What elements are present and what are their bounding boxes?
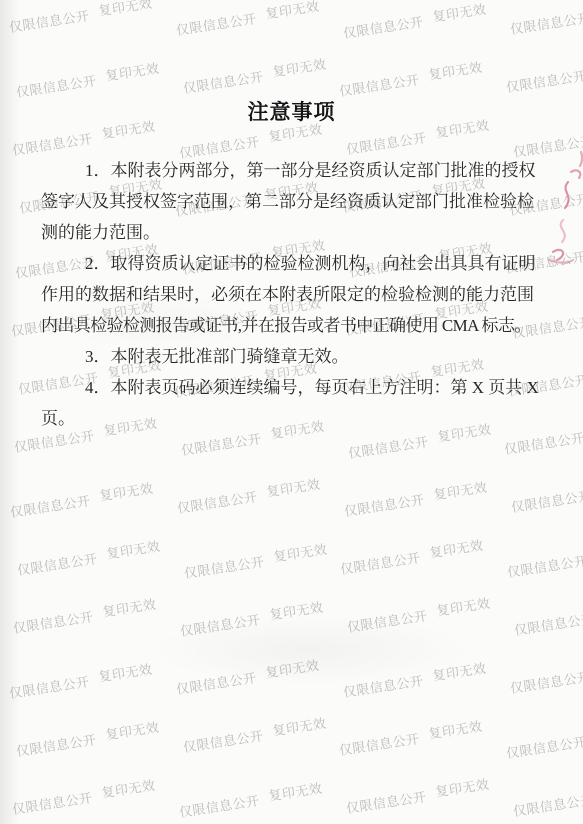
watermark-stamp: 仅限信息公开复印无效	[12, 597, 158, 637]
watermark-text-1: 仅限信息公开	[183, 554, 265, 581]
watermark-text-1: 仅限信息公开	[9, 493, 91, 520]
watermark-text-2: 复印无效	[436, 596, 492, 619]
watermark-text-1: 仅限信息公开	[178, 793, 260, 820]
watermark-stamp: 仅限信息公开复印无效	[175, 0, 321, 39]
watermark-stamp: 仅限信息公开复印无效	[182, 716, 328, 756]
watermark-text-2: 复印无效	[106, 539, 162, 562]
watermark-text-2: 复印无效	[98, 0, 154, 18]
watermark-text-1: 仅限信息公开	[503, 430, 583, 457]
watermark-text-1: 仅限信息公开	[343, 492, 425, 519]
watermark-stamp: 仅限信息公开复印无效	[179, 600, 325, 640]
watermark-text-1: 仅限信息公开	[346, 608, 428, 635]
watermark-stamp: 仅限信息公开复印无效	[15, 61, 161, 101]
watermark-stamp: 仅限信息公开复印无效	[182, 57, 328, 97]
watermark-text-1: 仅限信息公开	[12, 609, 94, 636]
watermark-text-2: 复印无效	[105, 61, 161, 84]
watermark-text-1: 仅限信息公开	[509, 10, 583, 37]
watermark-stamp: 仅限信息公开复印无效	[339, 538, 485, 578]
watermark-text-2: 复印无效	[101, 778, 157, 801]
watermark-text-1: 仅限信息公开	[513, 611, 583, 638]
watermark-text-1: 仅限信息公开	[180, 431, 262, 458]
watermark-stamp: 仅限信息公开复印无效	[16, 539, 162, 579]
watermark-text-2: 复印无效	[428, 60, 484, 83]
watermark-text-2: 复印无效	[433, 480, 489, 503]
watermark-text-2: 复印无效	[435, 777, 491, 800]
watermark-text-2: 复印无效	[98, 662, 154, 685]
notice-line: 1．本附表分两部分，第一部分是经资质认定部门批准的授权	[41, 155, 547, 186]
watermark-text-1: 仅限信息公开	[179, 612, 261, 639]
watermark-text-1: 仅限信息公开	[505, 734, 583, 761]
notice-line: 测的能力范围。	[41, 217, 547, 248]
watermark-text-1: 仅限信息公开	[16, 551, 98, 578]
watermark-stamp: 仅限信息公开复印无效	[11, 778, 157, 818]
watermark-text-1: 仅限信息公开	[175, 11, 257, 38]
notice-line: 3．本附表无批准部门骑缝章无效。	[41, 341, 547, 372]
watermark-text-2: 复印无效	[272, 57, 328, 80]
watermark-stamp: 仅限信息公开复印无效	[509, 0, 583, 38]
watermark-text-1: 仅限信息公开	[512, 792, 583, 819]
watermark-text-1: 仅限信息公开	[347, 434, 429, 461]
watermark-stamp: 仅限信息公开复印无效	[512, 780, 583, 820]
watermark-text-1: 仅限信息公开	[509, 669, 583, 696]
notice-line: 内出具检验检测报告或证书,并在报告或者书中正确使用 CMA 标志。	[41, 310, 547, 341]
watermark-stamp: 仅限信息公开复印无效	[506, 541, 583, 581]
watermark-text-1: 仅限信息公开	[505, 68, 583, 95]
watermark-text-2: 复印无效	[429, 538, 485, 561]
watermark-stamp: 仅限信息公开复印无效	[338, 60, 484, 100]
watermark-text-2: 复印无效	[265, 658, 321, 681]
watermark-stamp: 仅限信息公开复印无效	[9, 481, 155, 521]
watermark-text-1: 仅限信息公开	[510, 488, 583, 515]
watermark-text-1: 仅限信息公开	[15, 732, 97, 759]
watermark-stamp: 仅限信息公开复印无效	[8, 0, 154, 36]
watermark-text-1: 仅限信息公开	[176, 489, 258, 516]
watermark-text-1: 仅限信息公开	[345, 130, 427, 157]
watermark-text-1: 仅限信息公开	[8, 674, 90, 701]
watermark-stamp: 仅限信息公开复印无效	[342, 2, 488, 42]
notice-line: 页。	[41, 403, 547, 434]
watermark-stamp: 仅限信息公开复印无效	[342, 661, 488, 701]
watermark-stamp: 仅限信息公开复印无效	[505, 56, 583, 96]
notice-paragraph: 4．本附表页码必须连续编号，每页右上方注明：第 X 页共 X页。	[41, 372, 547, 434]
watermark-stamp: 仅限信息公开复印无效	[176, 477, 322, 517]
watermark-text-1: 仅限信息公开	[8, 8, 90, 35]
watermark-text-2: 复印无效	[273, 542, 329, 565]
watermark-text-1: 仅限信息公开	[342, 673, 424, 700]
notice-line: 4．本附表页码必须连续编号，每页右上方注明：第 X 页共 X	[41, 372, 547, 403]
notice-paragraph: 1．本附表分两部分，第一部分是经资质认定部门批准的授权签字人及其授权签字范围，第…	[41, 155, 547, 248]
watermark-text-1: 仅限信息公开	[342, 14, 424, 41]
watermark-text-1: 仅限信息公开	[182, 728, 264, 755]
watermark-stamp: 仅限信息公开复印无效	[338, 719, 484, 759]
page-title: 注意事项	[0, 96, 583, 126]
watermark-stamp: 仅限信息公开复印无效	[510, 476, 583, 516]
watermark-stamp: 仅限信息公开复印无效	[509, 657, 583, 697]
notice-line: 作用的数据和结果时，必须在本附表所限定的检验检测的能力范围	[41, 279, 547, 310]
watermark-stamp: 仅限信息公开复印无效	[15, 720, 161, 760]
watermark-stamp: 仅限信息公开复印无效	[175, 658, 321, 698]
watermark-stamp: 仅限信息公开复印无效	[345, 777, 491, 817]
watermark-text-2: 复印无效	[265, 0, 321, 21]
notice-line: 2．取得资质认定证书的检验检测机构，向社会出具具有证明	[41, 248, 547, 279]
watermark-text-2: 复印无效	[266, 477, 322, 500]
notice-body: 1．本附表分两部分，第一部分是经资质认定部门批准的授权签字人及其授权签字范围，第…	[41, 155, 547, 434]
watermark-text-1: 仅限信息公开	[506, 553, 583, 580]
watermark-text-2: 复印无效	[269, 600, 325, 623]
watermark-text-1: 仅限信息公开	[175, 670, 257, 697]
notice-paragraph: 3．本附表无批准部门骑缝章无效。	[41, 341, 547, 372]
watermark-text-2: 复印无效	[428, 719, 484, 742]
watermark-text-1: 仅限信息公开	[338, 731, 420, 758]
watermark-text-1: 仅限信息公开	[11, 790, 93, 817]
watermark-stamp: 仅限信息公开复印无效	[513, 599, 583, 639]
watermark-text-2: 复印无效	[99, 481, 155, 504]
notice-paragraph: 2．取得资质认定证书的检验检测机构，向社会出具具有证明作用的数据和结果时，必须在…	[41, 248, 547, 341]
watermark-stamp: 仅限信息公开复印无效	[183, 542, 329, 582]
watermark-stamp: 仅限信息公开复印无效	[505, 722, 583, 762]
watermark-text-1: 仅限信息公开	[11, 131, 93, 158]
watermark-text-2: 复印无效	[432, 661, 488, 684]
document-page: 仅限信息公开复印无效仅限信息公开复印无效仅限信息公开复印无效仅限信息公开复印无效…	[0, 0, 583, 824]
watermark-text-2: 复印无效	[432, 2, 488, 25]
watermark-text-2: 复印无效	[102, 597, 158, 620]
notice-line: 签字人及其授权签字范围，第二部分是经资质认定部门批准检验检	[41, 186, 547, 217]
red-ink-marks	[537, 150, 583, 280]
watermark-stamp: 仅限信息公开复印无效	[8, 662, 154, 702]
watermark-stamp: 仅限信息公开复印无效	[343, 480, 489, 520]
watermark-text-1: 仅限信息公开	[338, 72, 420, 99]
watermark-text-2: 复印无效	[272, 716, 328, 739]
watermark-text-2: 复印无效	[268, 781, 324, 804]
watermark-text-1: 仅限信息公开	[182, 69, 264, 96]
watermark-text-2: 复印无效	[105, 720, 161, 743]
watermark-text-1: 仅限信息公开	[345, 789, 427, 816]
watermark-text-1: 仅限信息公开	[339, 550, 421, 577]
watermark-stamp: 仅限信息公开复印无效	[346, 596, 492, 636]
watermark-stamp: 仅限信息公开复印无效	[178, 781, 324, 821]
